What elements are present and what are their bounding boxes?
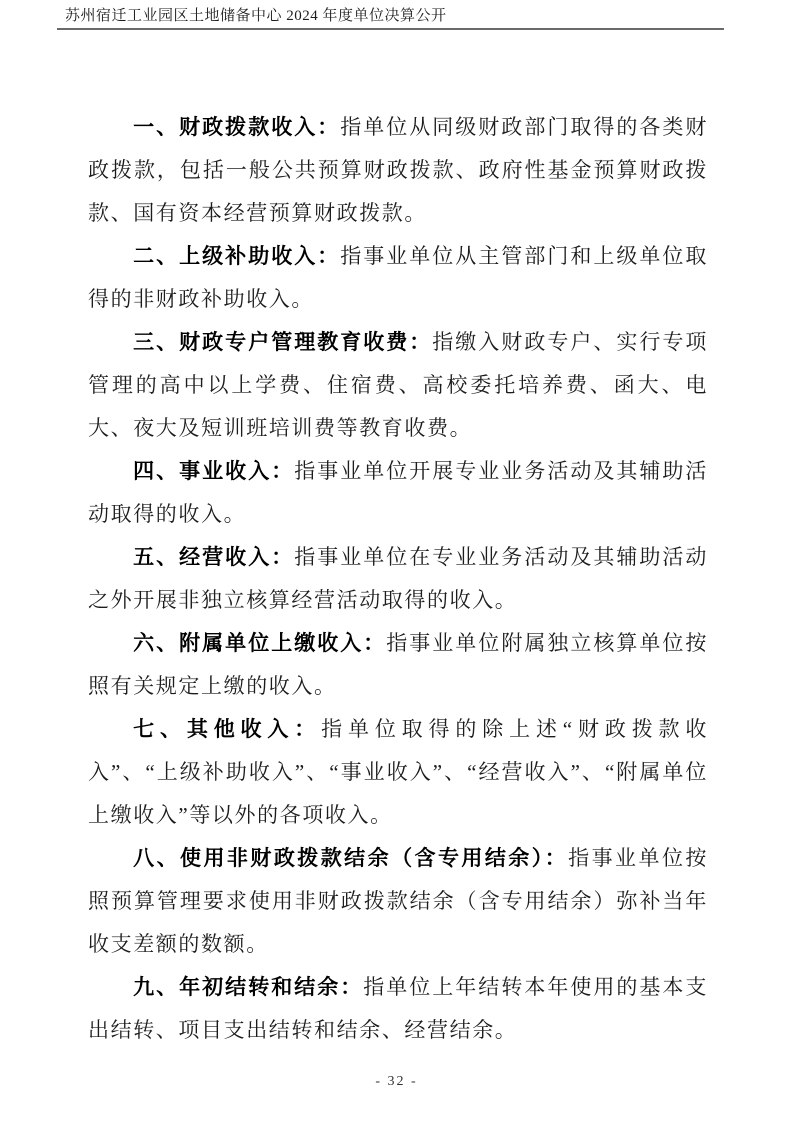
paragraph-lead: 八、使用非财政拨款结余（含专用结余）：	[133, 846, 568, 870]
document-body: 一、财政拨款收入：指单位从同级财政部门取得的各类财政拨款，包括一般公共预算财政拨…	[88, 106, 708, 1052]
paragraph-lead: 二、上级补助收入：	[133, 244, 340, 268]
paragraph: 八、使用非财政拨款结余（含专用结余）：指事业单位按照预算管理要求使用非财政拨款结…	[88, 837, 708, 966]
paragraph: 一、财政拨款收入：指单位从同级财政部门取得的各类财政拨款，包括一般公共预算财政拨…	[88, 106, 708, 235]
page-number: - 32 -	[0, 1074, 793, 1090]
paragraph-lead: 五、经营收入：	[133, 545, 294, 569]
paragraph-lead: 四、事业收入：	[133, 459, 294, 483]
document-header-title: 苏州宿迁工业园区土地储备中心 2024 年度单位决算公开	[65, 8, 724, 25]
paragraph: 二、上级补助收入：指事业单位从主管部门和上级单位取得的非财政补助收入。	[88, 235, 708, 321]
paragraph-lead: 六、附属单位上缴收入：	[133, 631, 386, 655]
paragraph-lead: 七、其他收入：	[133, 717, 321, 741]
document-page: 苏州宿迁工业园区土地储备中心 2024 年度单位决算公开 一、财政拨款收入：指单…	[0, 0, 793, 1122]
paragraph: 三、财政专户管理教育收费：指缴入财政专户、实行专项管理的高中以上学费、住宿费、高…	[88, 321, 708, 450]
paragraph-lead: 三、财政专户管理教育收费：	[133, 330, 432, 354]
paragraph: 四、事业收入：指事业单位开展专业业务活动及其辅助活动取得的收入。	[88, 450, 708, 536]
paragraph-lead: 九、年初结转和结余：	[133, 975, 363, 999]
paragraph: 九、年初结转和结余：指单位上年结转本年使用的基本支出结转、项目支出结转和结余、经…	[88, 966, 708, 1052]
document-header: 苏州宿迁工业园区土地储备中心 2024 年度单位决算公开	[57, 8, 724, 30]
paragraph: 七、其他收入：指单位取得的除上述“财政拨款收入”、“上级补助收入”、“事业收入”…	[88, 708, 708, 837]
paragraph: 六、附属单位上缴收入：指事业单位附属独立核算单位按照有关规定上缴的收入。	[88, 622, 708, 708]
paragraph: 五、经营收入：指事业单位在专业业务活动及其辅助活动之外开展非独立核算经营活动取得…	[88, 536, 708, 622]
paragraph-lead: 一、财政拨款收入：	[133, 115, 340, 139]
